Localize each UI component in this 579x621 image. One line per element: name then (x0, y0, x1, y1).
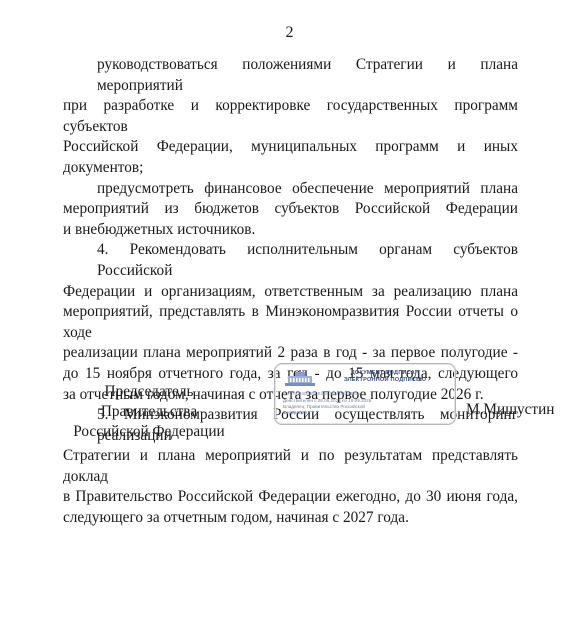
stamp-title-line: ДОКУМЕНТ ПОДПИСАН (321, 370, 449, 377)
text-line: мероприятий из бюджетов субъектов Россий… (63, 199, 518, 220)
text-line: Федерации и организациям, ответственным … (63, 282, 518, 303)
text-line: Российской Федерации, муниципальных прог… (63, 137, 518, 178)
text-line: в Правительство Российской Федерации еже… (63, 487, 518, 508)
certificate-serial: 00F7A0B6BA6F0B3A67B5F0B23980A (283, 391, 360, 396)
signatory-name: М.Мишустин (466, 401, 555, 419)
stamp-title: ДОКУМЕНТ ПОДПИСАН ЭЛЕКТРОННОЙ ПОДПИСЬЮ (321, 370, 449, 384)
text-line: и внебюджетных источников. (63, 220, 518, 241)
text-line: мероприятий, представлять в Минэкономраз… (63, 302, 518, 343)
government-building-icon (285, 370, 315, 386)
electronic-signature-stamp: ДОКУМЕНТ ПОДПИСАН ЭЛЕКТРОННОЙ ПОДПИСЬЮ 0… (274, 363, 456, 425)
text-line: при разработке и корректировке государст… (63, 96, 518, 137)
certificate-details: Действителен с 26.06.2025 по 19.09.2026 … (283, 398, 448, 416)
text-line: 4. Рекомендовать исполнительным органам … (63, 240, 518, 281)
signatory-position: Председатель Правительства Российской Фе… (64, 382, 234, 442)
text-line: предусмотреть финансовое обеспечение мер… (63, 179, 518, 200)
position-line: Председатель Правительства (64, 382, 234, 422)
paragraph-2: предусмотреть финансовое обеспечение мер… (63, 179, 518, 241)
stamp-title-line: ЭЛЕКТРОННОЙ ПОДПИСЬЮ (321, 377, 449, 384)
document-body: руководствоваться положениями Стратегии … (63, 55, 518, 529)
paragraph-1: руководствоваться положениями Стратегии … (63, 55, 518, 179)
page-number: 2 (0, 24, 579, 42)
owner-line: Федерации (283, 410, 448, 416)
text-line: следующего за отчетным годом, начиная с … (63, 508, 518, 529)
text-line: Стратегии и плана мероприятий и по резул… (63, 446, 518, 487)
text-line: реализации плана мероприятий 2 раза в го… (63, 343, 518, 364)
text-line: руководствоваться положениями Стратегии … (63, 55, 518, 96)
position-line: Российской Федерации (64, 422, 234, 442)
